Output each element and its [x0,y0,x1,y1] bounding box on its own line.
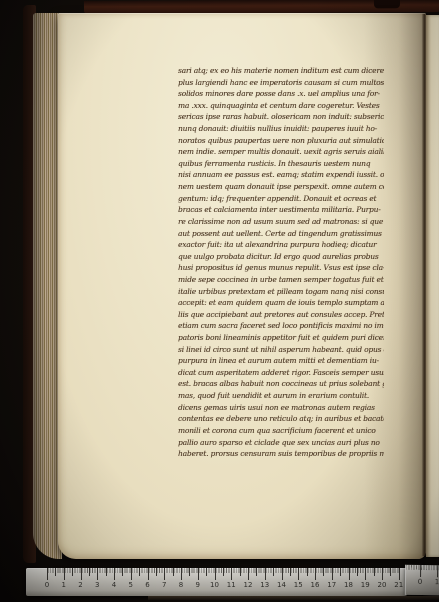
ruler-half-tick [55,568,56,576]
manuscript-line: noratos quibus paupertas uere non pluxur… [178,135,384,147]
manuscript-line: mas, quod fuit uendidit et aurum in erar… [178,390,384,402]
ruler-number: 5 [129,581,133,589]
ruler-number: 20 [378,581,387,589]
ruler-cm-tick [437,565,438,577]
ruler-half-tick [290,568,291,576]
ruler-cm-tick [81,568,82,580]
ruler-half-tick [122,568,123,576]
ruler-number: 19 [361,581,370,589]
ruler-half-tick [323,568,324,576]
manuscript-line: dicat cum asperitatem adderet rigor. Fas… [178,367,384,379]
manuscript-line: exactor fuit: ita ut alexandrina purpura… [178,239,384,251]
book-binding-top [84,0,439,14]
manuscript-line: quibus ferramenta rusticis. In thesauris… [178,158,384,170]
manuscript-line: sericas ipse raras habuit. olosericam no… [178,111,384,123]
ruler-number: 6 [145,581,149,589]
ruler-number: 0 [418,578,423,586]
ruler-number: 4 [112,581,116,589]
manuscript-line: est. bracas albas habuit non coccineas u… [178,378,384,390]
ruler-number: 1 [435,578,439,586]
ruler-number: 12 [244,581,253,589]
manuscript-line: nisi annuam ee passus est. eamq; statim … [178,169,384,181]
manuscript-line: patoris boni lineaminis appetitor fuit e… [178,332,384,344]
ruler-cm-tick [148,568,149,580]
manuscript-line: si linei id circo sunt ut nihil asperum … [178,344,384,356]
facing-page-sliver [426,15,439,557]
ruler-number: 2 [78,581,82,589]
binding-headband [374,0,400,8]
manuscript-line: aut possent aut uellent. Certe ad tingen… [178,228,384,240]
ruler-main: 0123456789101112131415161718192021 [26,568,407,596]
ruler-cm-tick [97,568,98,580]
ruler-cm-tick [248,568,249,580]
ruler-number: 16 [311,581,320,589]
ruler-cm-tick [131,568,132,580]
text-block: sari atq; ex eo his materie nomen inditu… [178,65,384,469]
manuscript-line: mide sepe coccinea in urbe tamen semper … [178,274,384,286]
manuscript-line: etiam cum sacra faceret sed loco pontifi… [178,320,384,332]
manuscript-line: husi propositus id genus munus repulit. … [178,262,384,274]
ruler-half-tick [256,568,257,576]
ruler-cm-tick [382,568,383,580]
ruler-number: 14 [277,581,286,589]
ruler-cm-tick [181,568,182,580]
manuscript-line: liis que accipiebant aut pretores aut co… [178,309,384,321]
manuscript-line: pallio auro sparso et ciclade que sex un… [178,437,384,449]
ruler-cm-tick [231,568,232,580]
ruler-cm-tick [420,565,421,577]
ruler-half-tick [390,568,391,576]
manuscript-line: sari atq; ex eo his materie nomen inditu… [178,65,384,77]
ruler-cm-tick [399,568,400,580]
ruler-number: 11 [227,581,236,589]
ruler-half-tick [173,568,174,576]
ruler-number: 15 [294,581,303,589]
manuscript-line: accepit: et eam quidem quam de iouis tem… [178,297,384,309]
ruler-half-tick [139,568,140,576]
ruler-cm-tick [282,568,283,580]
ruler-cm-tick [265,568,266,580]
ruler-cm-tick [64,568,65,580]
ruler-number: 9 [196,581,200,589]
manuscript-line: plus largiendi hanc ee imperatoris causa… [178,77,384,89]
manuscript-line: contentas ee debere uno reticulo atq; in… [178,413,384,425]
table-reflection [148,596,439,600]
ruler-cm-tick [47,568,48,580]
ruler-number: 3 [95,581,99,589]
manuscript-line: dicens gemas uiris usui non ee matronas … [178,402,384,414]
manuscript-line: purpura in linea et aurum autem mitti et… [178,355,384,367]
ruler-number: 10 [210,581,219,589]
ruler-cm-tick [198,568,199,580]
ruler-cm-tick [349,568,350,580]
manuscript-line: nem indie. semper multis donauit. uexit … [178,146,384,158]
ruler-half-tick [374,568,375,576]
manuscript-line: gentum: idq; frequenter appendit. Donaui… [178,193,384,205]
ruler-cm-tick [215,568,216,580]
manuscript-line: ma .xxx. quinquaginta et centum dare cog… [178,100,384,112]
ruler-cm-tick [315,568,316,580]
manuscript-line: italie urbibus pretextam et pilleam toga… [178,286,384,298]
ruler-half-tick [156,568,157,576]
manuscript-line: nunq donauit: diuitiis nullius inuidit: … [178,123,384,135]
ruler-number: 17 [327,581,336,589]
manuscript-line: haberet. prorsus censuram suis temporibu… [178,448,384,460]
ruler-half-tick [72,568,73,576]
manuscript-photo: sari atq; ex eo his materie nomen inditu… [0,0,439,602]
ruler-number: 0 [45,581,49,589]
ruler-half-tick [357,568,358,576]
manuscript-line: monili et corona cum qua sacrificium fac… [178,425,384,437]
ruler-number: 1 [62,581,66,589]
ruler-cm-tick [114,568,115,580]
ruler-cm-tick [332,568,333,580]
ruler-half-tick [89,568,90,576]
manuscript-line: re clarissime non ad usum suum sed ad ma… [178,216,384,228]
ruler-cm-tick [164,568,165,580]
ruler-second: 01 [405,565,439,595]
ruler-half-tick [223,568,224,576]
manuscript-line: nem uestem quam donauit ipse perspexit. … [178,181,384,193]
ruler-number: 21 [394,581,403,589]
ruler-number: 7 [162,581,166,589]
ruler-number: 13 [260,581,269,589]
ruler-number: 18 [344,581,353,589]
ruler-half-tick [189,568,190,576]
ruler-number: 8 [179,581,183,589]
ruler-half-tick [273,568,274,576]
manuscript-line: que uulgo probata dicitur. Id ergo quod … [178,251,384,263]
ruler-half-tick [206,568,207,576]
manuscript-line: solidos minores dare posse dans .x. uel … [178,88,384,100]
ruler-half-tick [240,568,241,576]
manuscript-line: bracas et calciamenta inter uestimenta m… [178,204,384,216]
parchment-page: sari atq; ex eo his materie nomen inditu… [58,13,426,559]
ruler-half-tick [340,568,341,576]
ruler-half-tick [307,568,308,576]
ruler-cm-tick [365,568,366,580]
ruler-half-tick [106,568,107,576]
ruler-second-mm-ticks [406,565,439,570]
ruler-cm-tick [298,568,299,580]
